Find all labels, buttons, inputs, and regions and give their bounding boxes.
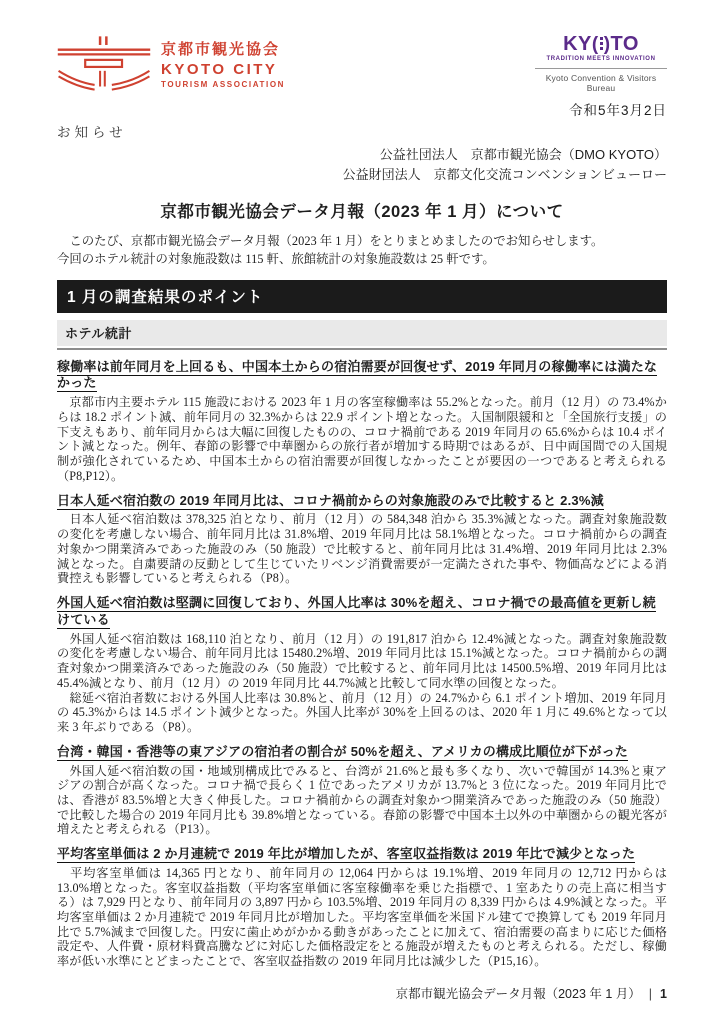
article-body: 外国人延べ宿泊数の国・地域別構成比でみると、台湾が 21.6%と最も多くなり、次…	[57, 764, 667, 838]
article-heading: 外国人延べ宿泊数は堅調に回復しており、外国人比率は 30%を超え、コロナ禍での最…	[57, 595, 667, 629]
wordmark-paren-close: )	[604, 35, 611, 54]
kyoto-cvb-logo: KY()TO TRADITION MEETS INNOVATION Kyoto …	[535, 34, 667, 93]
cvb-subtitle: Kyoto Convention & Visitors Bureau	[535, 73, 667, 93]
article-occupancy: 稼働率は前年同月を上回るも、中国本土からの宿泊需要が回復せず、2019 年同月の…	[57, 359, 667, 484]
article-body: 日本人延べ宿泊数は 378,325 泊となり、前月（12 月）の 584,348…	[57, 512, 667, 586]
issuer-line-2: 公益財団法人 京都文化交流コンベンションビューロー	[57, 165, 667, 185]
kyoto-kanji-mark-icon	[57, 34, 151, 92]
wordmark-paren-open: (	[592, 35, 599, 54]
article-heading: 台湾・韓国・香港等の東アジアの宿泊者の割合が 50%を超え、アメリカの構成比順位…	[57, 744, 667, 761]
org-name-english-1: KYOTO CITY	[161, 61, 285, 78]
kyoto-city-tourism-association-logo: 京都市観光協会 KYOTO CITY TOURISM ASSOCIATION	[57, 34, 285, 92]
issue-date: 令和5年3月2日	[57, 99, 667, 119]
article-east-asia-share: 台湾・韓国・香港等の東アジアの宿泊者の割合が 50%を超え、アメリカの構成比順位…	[57, 744, 667, 837]
article-heading: 平均客室単価は 2 か月連続で 2019 年比が増加したが、客室収益指数は 20…	[57, 846, 667, 863]
wordmark-right: TO	[611, 34, 639, 54]
notice-label: お知らせ	[57, 121, 667, 141]
issuer-block: 公益社団法人 京都市観光協会（DMO KYOTO） 公益財団法人 京都文化交流コ…	[57, 145, 667, 185]
article-heading-text: 台湾・韓国・香港等の東アジアの宿泊者の割合が 50%を超え、アメリカの構成比順位…	[57, 744, 628, 761]
kyoto-wordmark-icon: KY()TO	[563, 34, 639, 54]
org-name-english-2: TOURISM ASSOCIATION	[161, 80, 285, 89]
double-rule-divider	[57, 348, 667, 350]
header: 京都市観光協会 KYOTO CITY TOURISM ASSOCIATION K…	[57, 34, 667, 93]
wordmark-dotbar-icon	[600, 37, 603, 52]
article-japanese-guests: 日本人延べ宿泊数の 2019 年同月比は、コロナ禍前からの対象施設のみで比較する…	[57, 493, 667, 586]
footer-separator: |	[649, 987, 652, 1001]
document-title: 京都市観光協会データ月報（2023 年 1 月）について	[57, 198, 667, 222]
cvb-tagline: TRADITION MEETS INNOVATION	[535, 56, 667, 69]
article-foreign-guests: 外国人延べ宿泊数は堅調に回復しており、外国人比率は 30%を超え、コロナ禍での最…	[57, 595, 667, 735]
article-body: 平均客室単価は 14,365 円となり、前年同月の 12,064 円からは 19…	[57, 866, 667, 969]
page-footer: 京都市観光協会データ月報（2023 年 1 月）|1	[396, 984, 667, 1002]
article-body: 京都市内主要ホテル 115 施設における 2023 年 1 月の客室稼働率は 5…	[57, 395, 667, 483]
section-banner: 1 月の調査結果のポイント	[57, 280, 667, 313]
org-logo-text: 京都市観光協会 KYOTO CITY TOURISM ASSOCIATION	[161, 38, 285, 89]
subsection-header: ホテル統計	[57, 320, 667, 346]
article-heading-text: 外国人延べ宿泊数は堅調に回復しており、外国人比率は 30%を超え、コロナ禍での最…	[57, 595, 656, 629]
article-heading-text: 平均客室単価は 2 か月連続で 2019 年比が増加したが、客室収益指数は 20…	[57, 846, 635, 863]
footer-title: 京都市観光協会データ月報（2023 年 1 月）	[396, 987, 641, 1001]
intro-paragraph: このたび、京都市観光協会データ月報（2023 年 1 月）をとりまとめましたので…	[57, 233, 667, 268]
article-heading-text: 日本人延べ宿泊数の 2019 年同月比は、コロナ禍前からの対象施設のみで比較する…	[57, 493, 604, 510]
article-heading: 稼働率は前年同月を上回るも、中国本土からの宿泊需要が回復せず、2019 年同月の…	[57, 359, 667, 393]
article-heading-text: 稼働率は前年同月を上回るも、中国本土からの宿泊需要が回復せず、2019 年同月の…	[57, 359, 657, 393]
document-page: 京都市観光協会 KYOTO CITY TOURISM ASSOCIATION K…	[0, 0, 724, 1024]
org-name-japanese: 京都市観光協会	[161, 38, 285, 59]
article-room-rate: 平均客室単価は 2 か月連続で 2019 年比が増加したが、客室収益指数は 20…	[57, 846, 667, 969]
article-heading: 日本人延べ宿泊数の 2019 年同月比は、コロナ禍前からの対象施設のみで比較する…	[57, 493, 667, 510]
issuer-line-1: 公益社団法人 京都市観光協会（DMO KYOTO）	[57, 145, 667, 165]
wordmark-left: KY	[563, 34, 592, 54]
page-number: 1	[660, 987, 667, 1001]
article-body: 外国人延べ宿泊数は 168,110 泊となり、前月（12 月）の 191,817…	[57, 632, 667, 735]
